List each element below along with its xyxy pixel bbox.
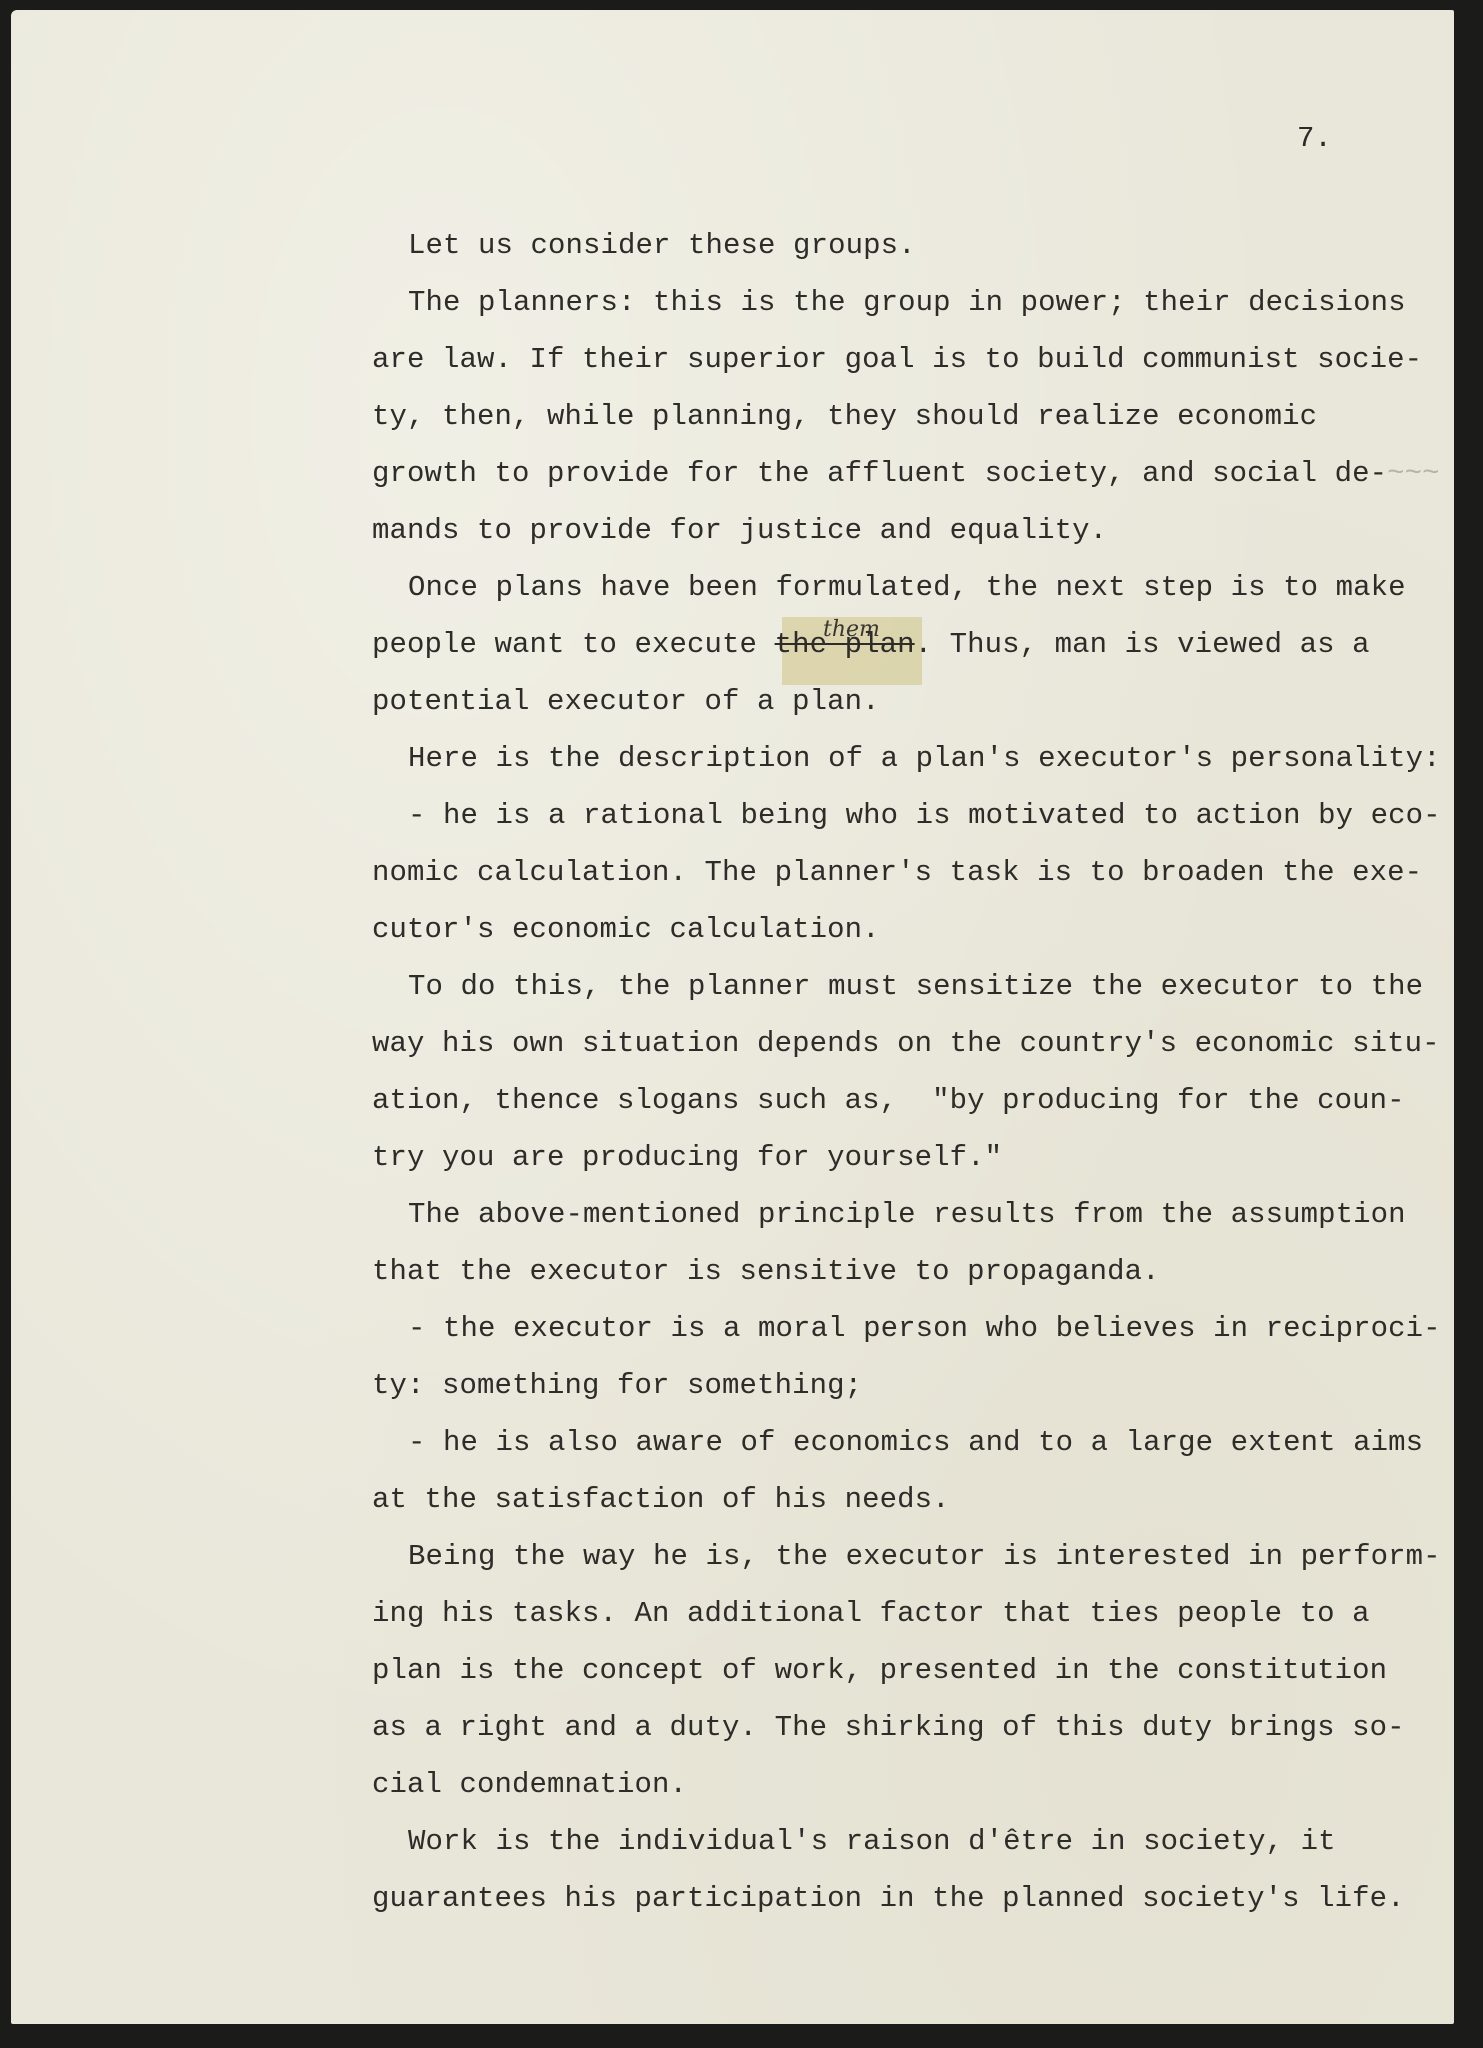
line-text: people want to execute [372,628,775,661]
text-line: To do this, the planner must sensitize t… [408,971,1423,1003]
text-line: as a right and a duty. The shirking of t… [372,1712,1405,1744]
faded-typing-bleed: ~~~ [1387,457,1440,490]
text-line: Let us consider these groups. [408,230,916,262]
text-line: Work is the individual's raison d'être i… [408,1826,1336,1858]
text-line: try you are producing for yourself." [372,1142,1002,1174]
text-line: way his own situation depends on the cou… [372,1028,1440,1060]
line-text: growth to provide for the affluent socie… [372,457,1387,490]
text-line: growth to provide for the affluent socie… [372,458,1440,490]
text-line-with-correction: people want to execute the plan. Thus, m… [372,629,1370,661]
text-line: are law. If their superior goal is to bu… [372,344,1422,376]
text-line: - he is a rational being who is motivate… [408,800,1441,832]
text-line: - the executor is a moral person who bel… [408,1313,1441,1345]
typewritten-page: 7. them Let us consider these groups. Th… [11,10,1454,2024]
text-line: Once plans have been formulated, the nex… [408,572,1406,604]
text-line: potential executor of a plan. [372,686,880,718]
text-line: ation, thence slogans such as, "by produ… [372,1085,1405,1117]
text-line: - he is also aware of economics and to a… [408,1427,1423,1459]
text-line: guarantees his participation in the plan… [372,1883,1405,1915]
text-line: The planners: this is the group in power… [408,287,1406,319]
text-line: cutor's economic calculation. [372,914,880,946]
text-line: cial condemnation. [372,1769,687,1801]
line-text: . Thus, man is viewed as a [915,628,1370,661]
page-number: 7. [1297,122,1332,155]
text-line: ty, then, while planning, they should re… [372,401,1317,433]
struck-text: the plan [775,628,915,661]
text-line: at the satisfaction of his needs. [372,1484,950,1516]
text-line: Here is the description of a plan's exec… [408,743,1441,775]
text-line: nomic calculation. The planner's task is… [372,857,1422,889]
text-line: plan is the concept of work, presented i… [372,1655,1387,1687]
text-line: mands to provide for justice and equalit… [372,515,1107,547]
text-line: ing his tasks. An additional factor that… [372,1598,1370,1630]
text-line: that the executor is sensitive to propag… [372,1256,1160,1288]
text-line: ty: something for something; [372,1370,862,1402]
text-line: Being the way he is, the executor is int… [408,1541,1441,1573]
text-line: The above-mentioned principle results fr… [408,1199,1406,1231]
